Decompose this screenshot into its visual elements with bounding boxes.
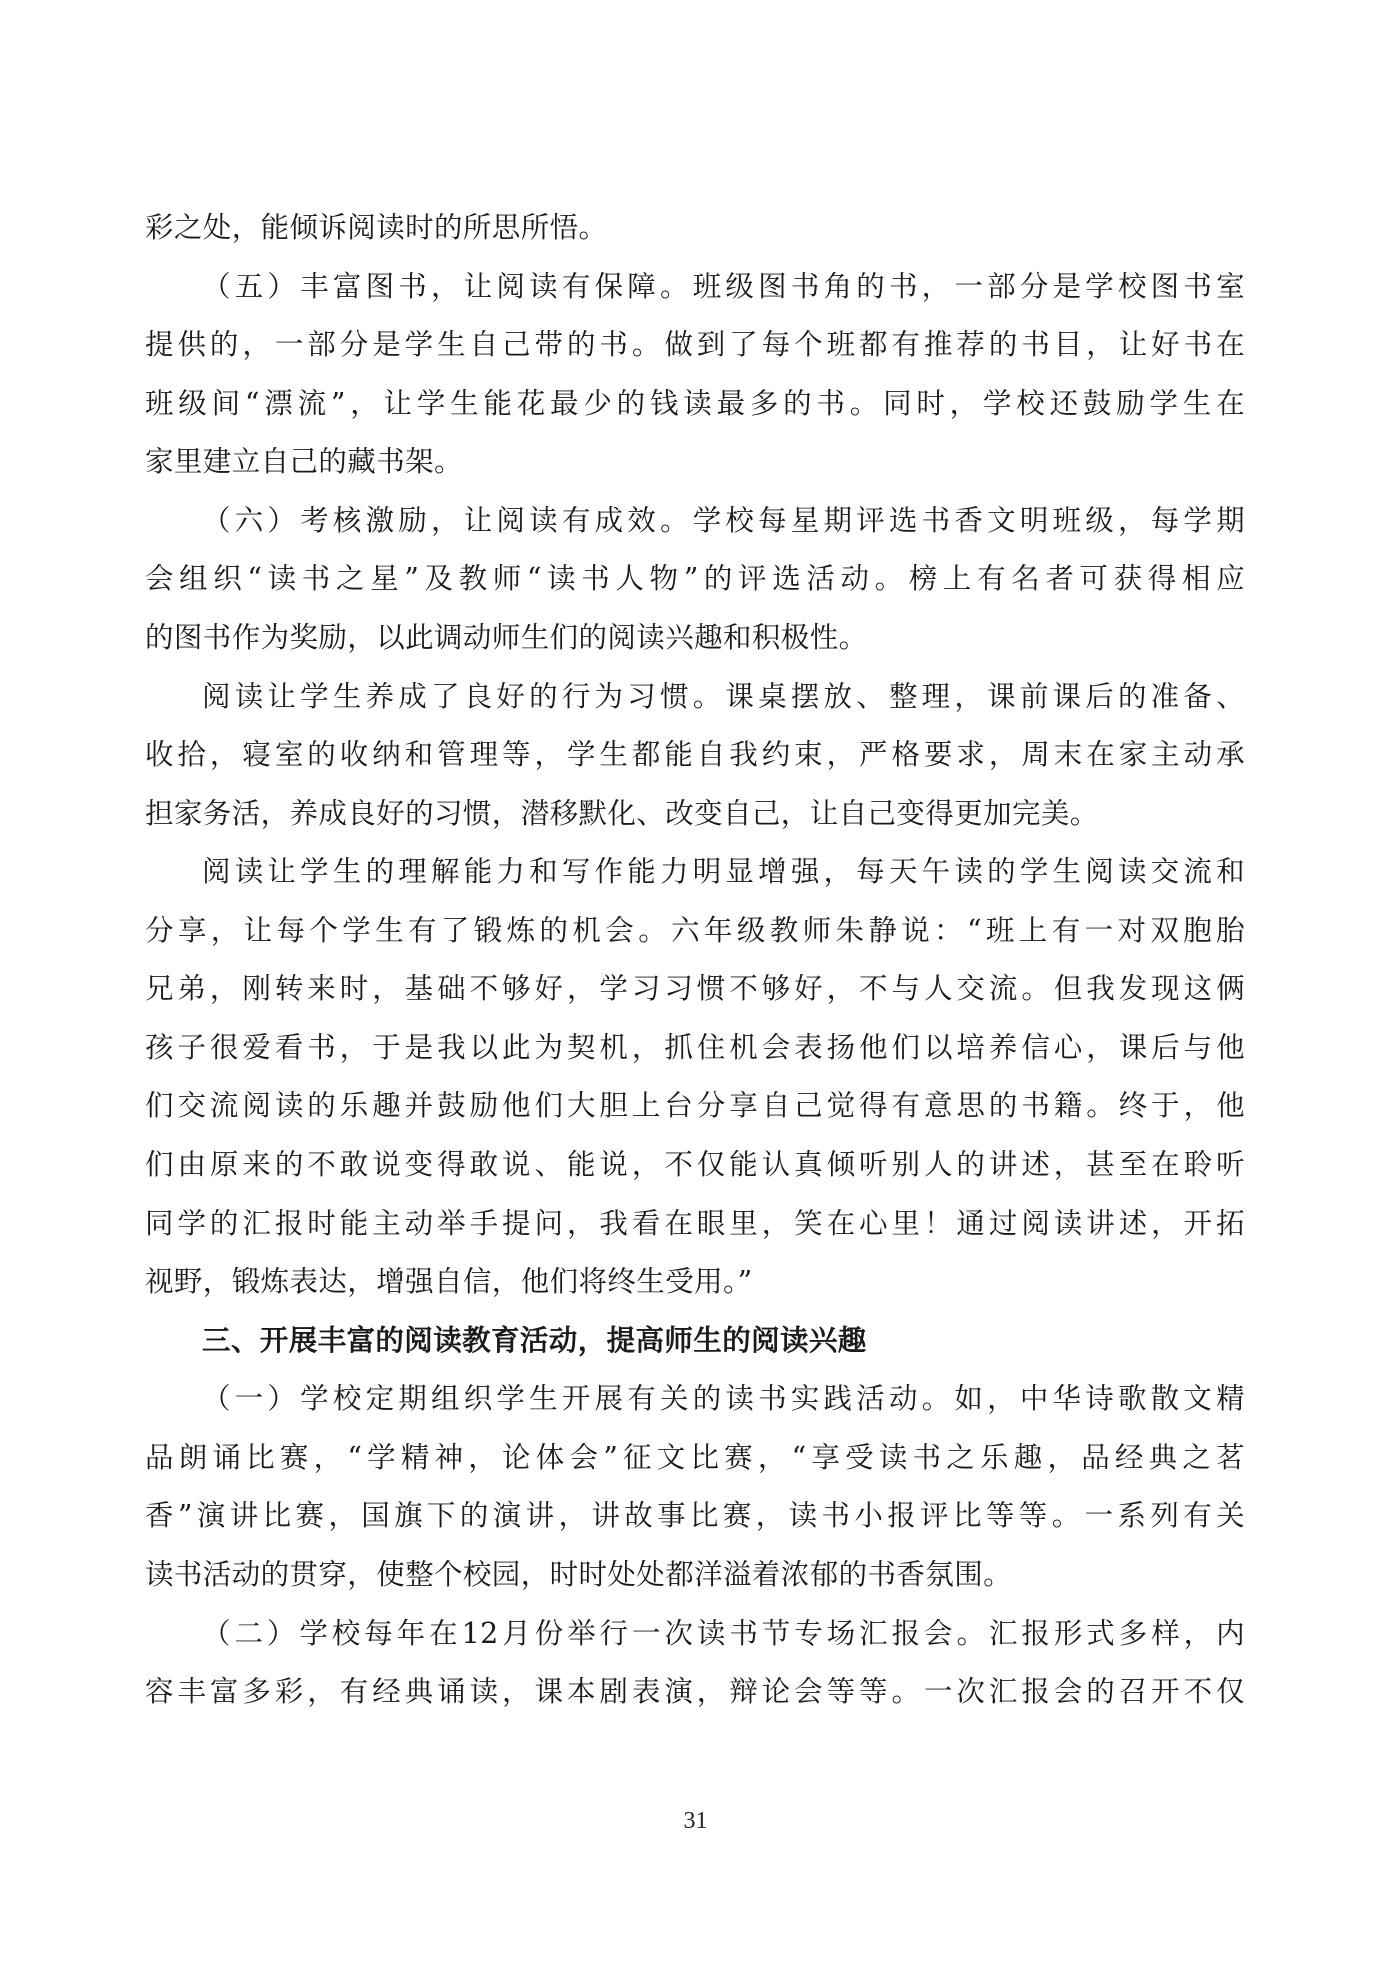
text-line: （一）学校定期组织学生开展有关的读书实践活动。如，中华诗歌散文精 [145, 1370, 1245, 1429]
text-line: 孩子很爱看书，于是我以此为契机，抓住机会表扬他们以培养信心，课后与他 [145, 1019, 1245, 1078]
page-number: 31 [0, 1808, 1391, 1835]
text-line: （五）丰富图书，让阅读有保障。班级图书角的书，一部分是学校图书室 [145, 258, 1245, 317]
text-line: 兄弟，刚转来时，基础不够好，学习习惯不够好，不与人交流。但我发现这俩 [145, 960, 1245, 1019]
text-line: 阅读让学生的理解能力和写作能力明显增强，每天午读的学生阅读交流和 [145, 843, 1245, 902]
text-line: 容丰富多彩，有经典诵读，课本剧表演，辩论会等等。一次汇报会的召开不仅 [145, 1663, 1245, 1722]
text-line: 们交流阅读的乐趣并鼓励他们大胆上台分享自己觉得有意思的书籍。终于，他 [145, 1077, 1245, 1136]
document-page: 彩之处，能倾诉阅读时的所思所悟。（五）丰富图书，让阅读有保障。班级图书角的书，一… [0, 0, 1391, 1965]
text-line: 阅读让学生养成了良好的行为习惯。课桌摆放、整理，课前课后的准备、 [145, 668, 1245, 727]
text-line: （六）考核激励，让阅读有成效。学校每星期评选书香文明班级，每学期 [145, 492, 1245, 551]
text-line: 的图书作为奖励，以此调动师生们的阅读兴趣和积极性。 [145, 609, 1245, 668]
text-line: 同学的汇报时能主动举手提问，我看在眼里，笑在心里！通过阅读讲述，开拓 [145, 1195, 1245, 1254]
text-line: 读书活动的贯穿，使整个校园，时时处处都洋溢着浓郁的书香氛围。 [145, 1546, 1245, 1605]
text-line: 分享，让每个学生有了锻炼的机会。六年级教师朱静说：“班上有一对双胞胎 [145, 902, 1245, 961]
text-line: 家里建立自己的藏书架。 [145, 433, 1245, 492]
text-line: 视野，锻炼表达，增强自信，他们将终生受用。” [145, 1253, 1245, 1312]
text-line: 品朗诵比赛，“学精神，论体会”征文比赛，“享受读书之乐趣，品经典之茗 [145, 1429, 1245, 1488]
text-line: 提供的，一部分是学生自己带的书。做到了每个班都有推荐的书目，让好书在 [145, 316, 1245, 375]
text-line: 班级间“漂流”，让学生能花最少的钱读最多的书。同时，学校还鼓励学生在 [145, 375, 1245, 434]
text-line: 担家务活，养成良好的习惯，潜移默化、改变自己，让自己变得更加完美。 [145, 785, 1245, 844]
text-line: 会组织“读书之星”及教师“读书人物”的评选活动。榜上有名者可获得相应 [145, 550, 1245, 609]
body-text: 彩之处，能倾诉阅读时的所思所悟。（五）丰富图书，让阅读有保障。班级图书角的书，一… [145, 199, 1245, 1722]
text-line: （二）学校每年在12月份举行一次读书节专场汇报会。汇报形式多样，内 [145, 1605, 1245, 1664]
text-line: 收拾，寝室的收纳和管理等，学生都能自我约束，严格要求，周末在家主动承 [145, 726, 1245, 785]
text-line: 香”演讲比赛，国旗下的演讲，讲故事比赛，读书小报评比等等。一系列有关 [145, 1487, 1245, 1546]
text-line: 们由原来的不敢说变得敢说、能说，不仅能认真倾听别人的讲述，甚至在聆听 [145, 1136, 1245, 1195]
text-line: 彩之处，能倾诉阅读时的所思所悟。 [145, 199, 1245, 258]
section-heading: 三、开展丰富的阅读教育活动，提高师生的阅读兴趣 [145, 1312, 1245, 1371]
